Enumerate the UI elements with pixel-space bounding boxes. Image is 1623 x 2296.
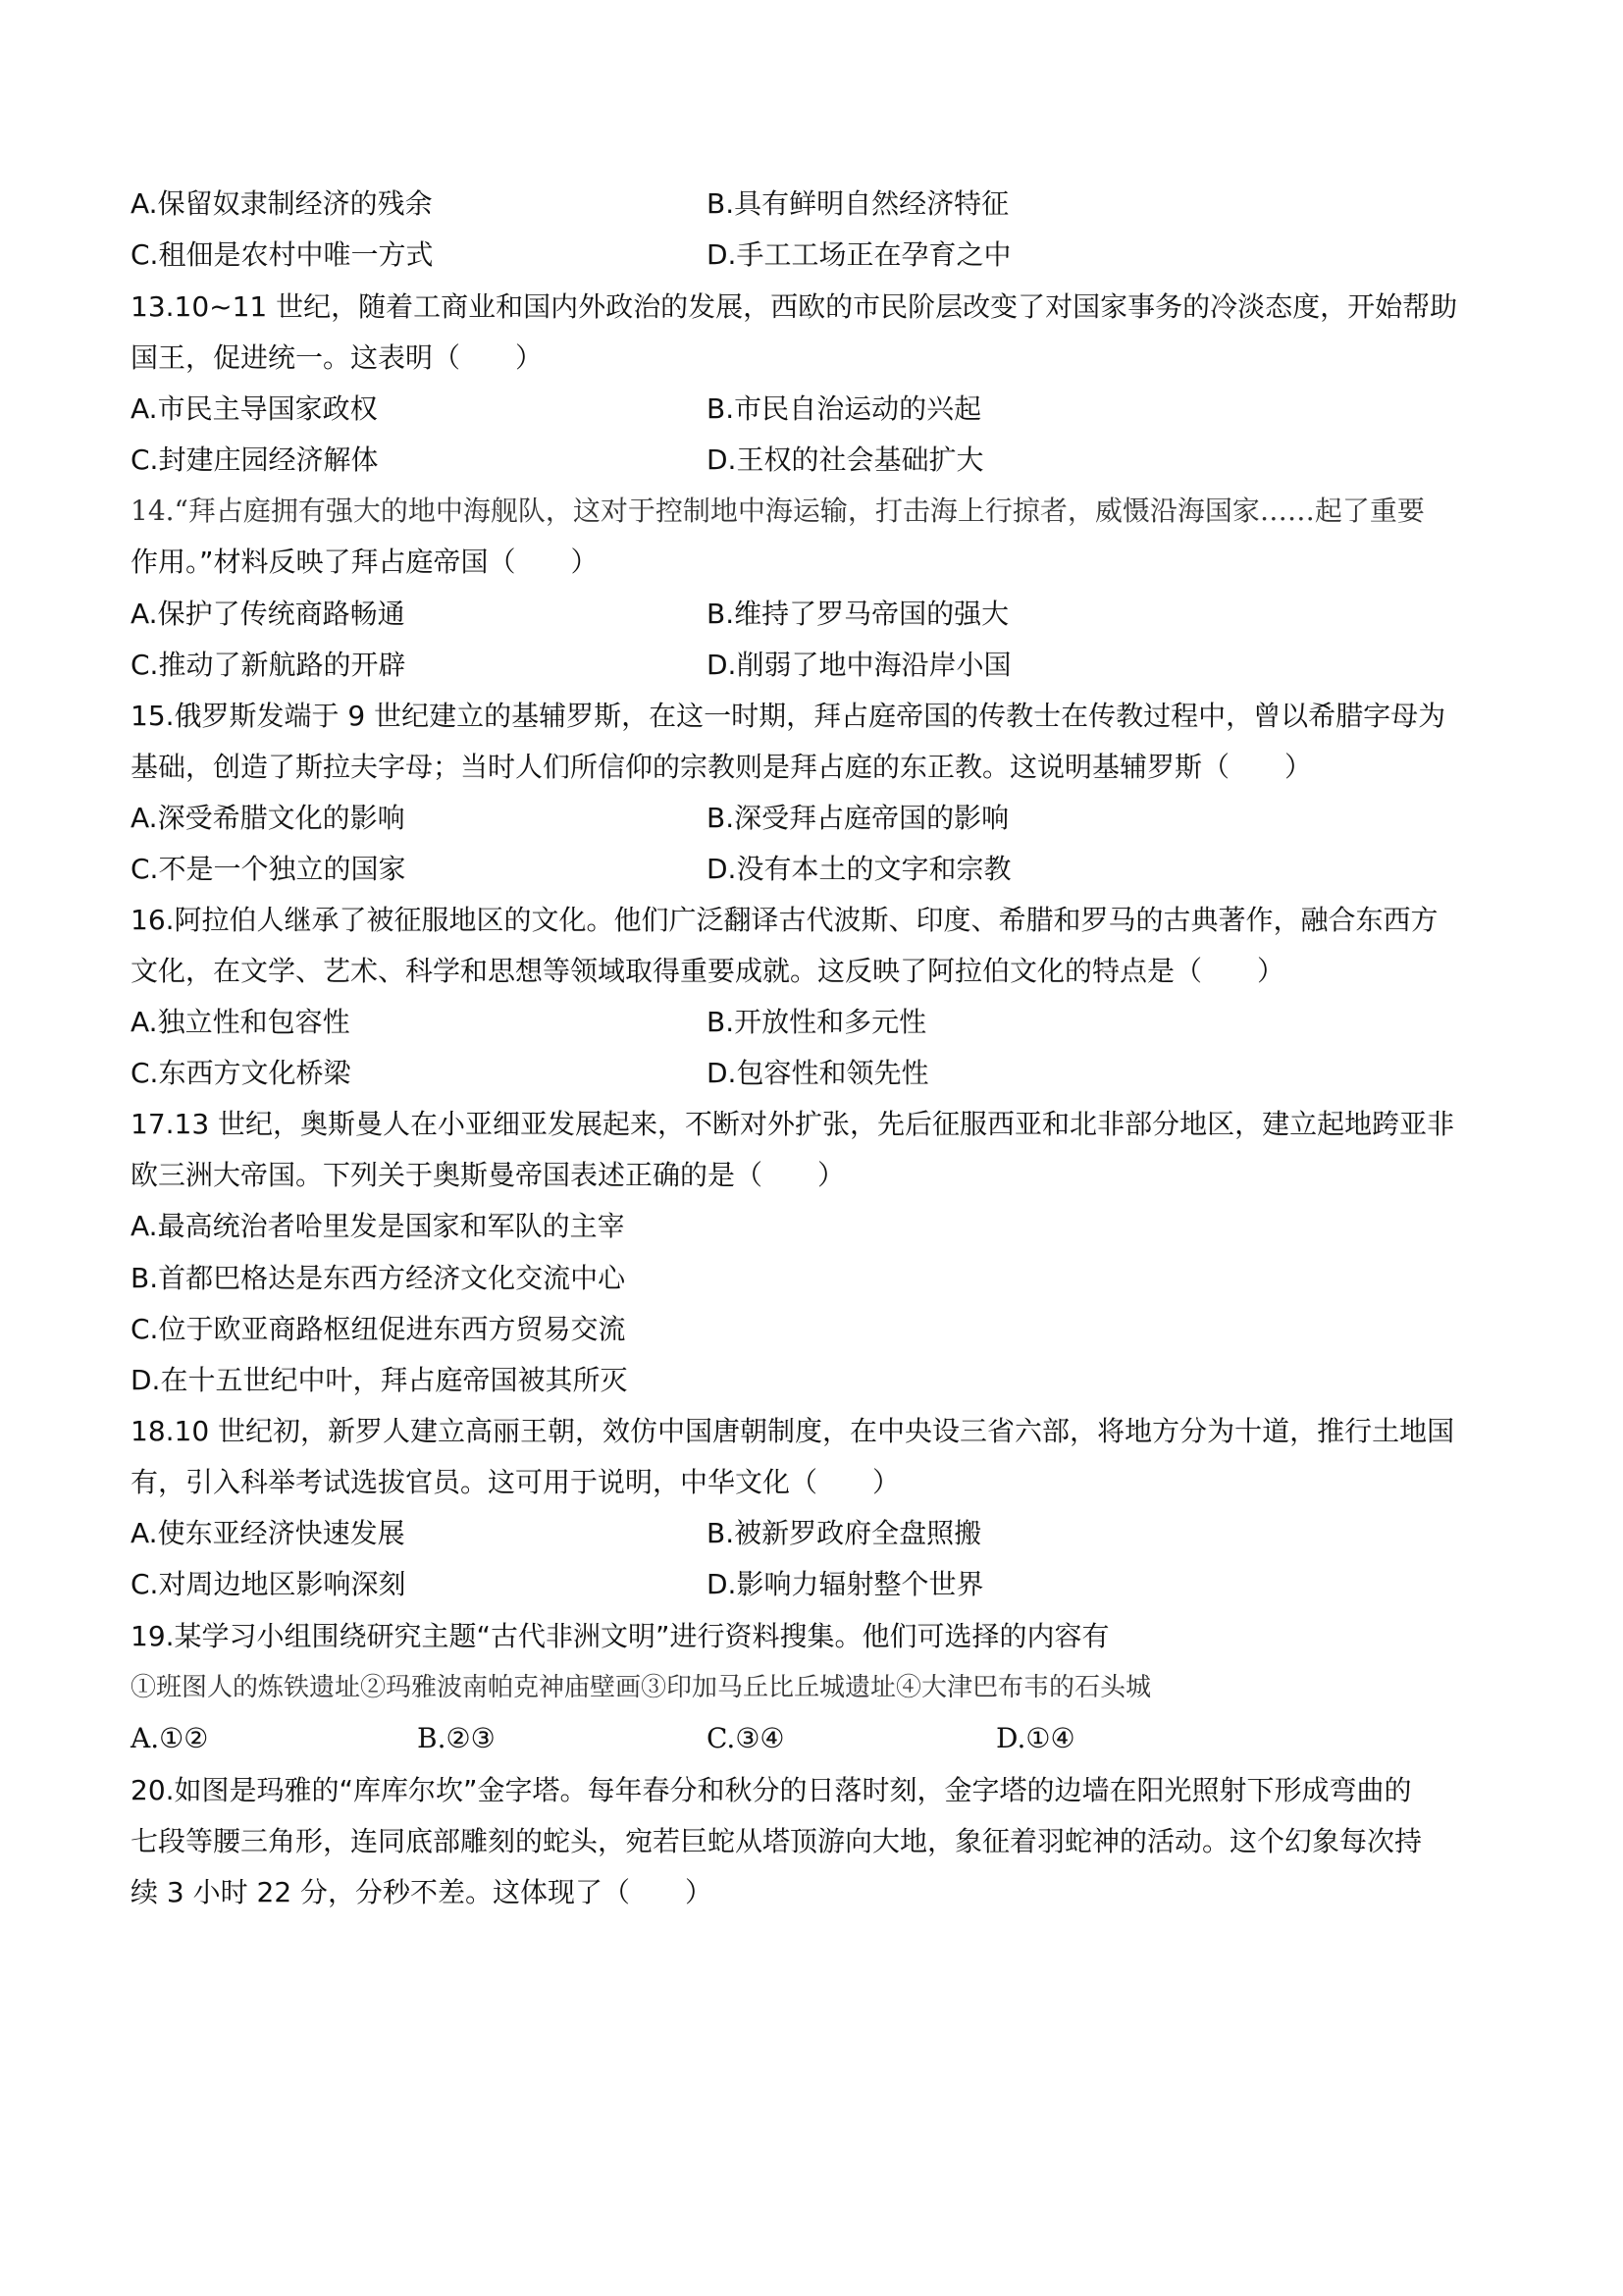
q19-option-b: B.②③ bbox=[417, 1722, 496, 1755]
q12-option-d: D.手工工场正在孕育之中 bbox=[707, 238, 1011, 272]
q16-stem-line-2: 文化，在文学、艺术、科学和思想等领域取得重要成就。这反映了阿拉伯文化的特点是（ … bbox=[131, 955, 1284, 988]
q19-option-c: C.③④ bbox=[707, 1722, 785, 1755]
q13-option-c: C.封建庄园经济解体 bbox=[131, 444, 378, 477]
q12-option-a: A.保留奴隶制经济的残余 bbox=[131, 187, 433, 221]
q14-option-b: B.维持了罗马帝国的强大 bbox=[707, 598, 1009, 631]
q20-stem-line-1: 20.如图是玛雅的“库库尔坎”金字塔。每年春分和秋分的日落时刻，金字塔的边墙在阳… bbox=[131, 1774, 1412, 1807]
q13-option-b: B.市民自治运动的兴起 bbox=[707, 392, 981, 426]
q20-stem-line-2: 七段等腰三角形，连同底部雕刻的蛇头，宛若巨蛇从塔顶游向大地，象征着羽蛇神的活动。… bbox=[131, 1825, 1422, 1858]
q13-stem-line-1: 13.10~11 世纪，随着工商业和国内外政治的发展，西欧的市民阶层改变了对国家… bbox=[131, 290, 1457, 324]
q16-option-b: B.开放性和多元性 bbox=[707, 1006, 926, 1039]
q18-option-d: D.影响力辐射整个世界 bbox=[707, 1568, 983, 1601]
q18-stem-line-1: 18.10 世纪初，新罗人建立高丽王朝，效仿中国唐朝制度，在中央设三省六部，将地… bbox=[131, 1415, 1454, 1448]
q17-option-b: B.首都巴格达是东西方经济文化交流中心 bbox=[131, 1262, 625, 1295]
q19-items-list: ①班图人的炼铁遗址②玛雅波南帕克神庙壁画③印加马丘比丘城遗址④大津巴布韦的石头城 bbox=[131, 1671, 1151, 1704]
q15-option-c: C.不是一个独立的国家 bbox=[131, 853, 405, 886]
q15-stem-line-1: 15.俄罗斯发端于 9 世纪建立的基辅罗斯，在这一时期，拜占庭帝国的传教士在传教… bbox=[131, 700, 1445, 733]
q17-stem-line-1: 17.13 世纪，奥斯曼人在小亚细亚发展起来，不断对外扩张，先后征服西亚和北非部… bbox=[131, 1108, 1454, 1141]
q14-stem-line-2: 作用。”材料反映了拜占庭帝国（ ） bbox=[131, 546, 599, 579]
q16-option-c: C.东西方文化桥梁 bbox=[131, 1057, 350, 1090]
q18-option-c: C.对周边地区影响深刻 bbox=[131, 1568, 405, 1601]
q18-option-b: B.被新罗政府全盘照搬 bbox=[707, 1517, 981, 1550]
q13-option-d: D.王权的社会基础扩大 bbox=[707, 444, 983, 477]
q15-option-a: A.深受希腊文化的影响 bbox=[131, 802, 405, 835]
q14-option-c: C.推动了新航路的开辟 bbox=[131, 649, 405, 682]
q15-stem-line-2: 基础，创造了斯拉夫字母；当时人们所信仰的宗教则是拜占庭的东正教。这说明基辅罗斯（… bbox=[131, 751, 1312, 784]
q16-option-a: A.独立性和包容性 bbox=[131, 1006, 350, 1039]
q18-stem-line-2: 有，引入科举考试选拔官员。这可用于说明，中华文化（ ） bbox=[131, 1466, 900, 1499]
q12-option-b: B.具有鲜明自然经济特征 bbox=[707, 187, 1009, 221]
q19-option-a: A.①② bbox=[131, 1722, 208, 1755]
q19-option-d: D.①④ bbox=[996, 1722, 1075, 1755]
q12-option-c: C.租佃是农村中唯一方式 bbox=[131, 238, 433, 272]
q16-option-d: D.包容性和领先性 bbox=[707, 1057, 928, 1090]
q17-option-d: D.在十五世纪中叶，拜占庭帝国被其所灭 bbox=[131, 1364, 627, 1397]
q17-stem-line-2: 欧三洲大帝国。下列关于奥斯曼帝国表述正确的是（ ） bbox=[131, 1159, 845, 1192]
q14-option-a: A.保护了传统商路畅通 bbox=[131, 598, 405, 631]
q14-option-d: D.削弱了地中海沿岸小国 bbox=[707, 649, 1011, 682]
q15-option-b: B.深受拜占庭帝国的影响 bbox=[707, 802, 1009, 835]
q19-stem-line-1: 19.某学习小组围绕研究主题“古代非洲文明”进行资料搜集。他们可选择的内容有 bbox=[131, 1620, 1110, 1653]
q14-stem-line-1: 14.“拜占庭拥有强大的地中海舰队，这对于控制地中海运输，打击海上行掠者，威慑沿… bbox=[131, 495, 1425, 528]
q17-option-c: C.位于欧亚商路枢纽促进东西方贸易交流 bbox=[131, 1313, 625, 1346]
q17-option-a: A.最高统治者哈里发是国家和军队的主宰 bbox=[131, 1210, 625, 1243]
q16-stem-line-1: 16.阿拉伯人继承了被征服地区的文化。他们广泛翻译古代波斯、印度、希腊和罗马的古… bbox=[131, 904, 1439, 937]
q20-stem-line-3: 续 3 小时 22 分，分秒不差。这体现了（ ） bbox=[131, 1876, 712, 1909]
q13-option-a: A.市民主导国家政权 bbox=[131, 392, 378, 426]
q13-stem-line-2: 国王，促进统一。这表明（ ） bbox=[131, 341, 543, 375]
q15-option-d: D.没有本土的文字和宗教 bbox=[707, 853, 1011, 886]
q18-option-a: A.使东亚经济快速发展 bbox=[131, 1517, 405, 1550]
